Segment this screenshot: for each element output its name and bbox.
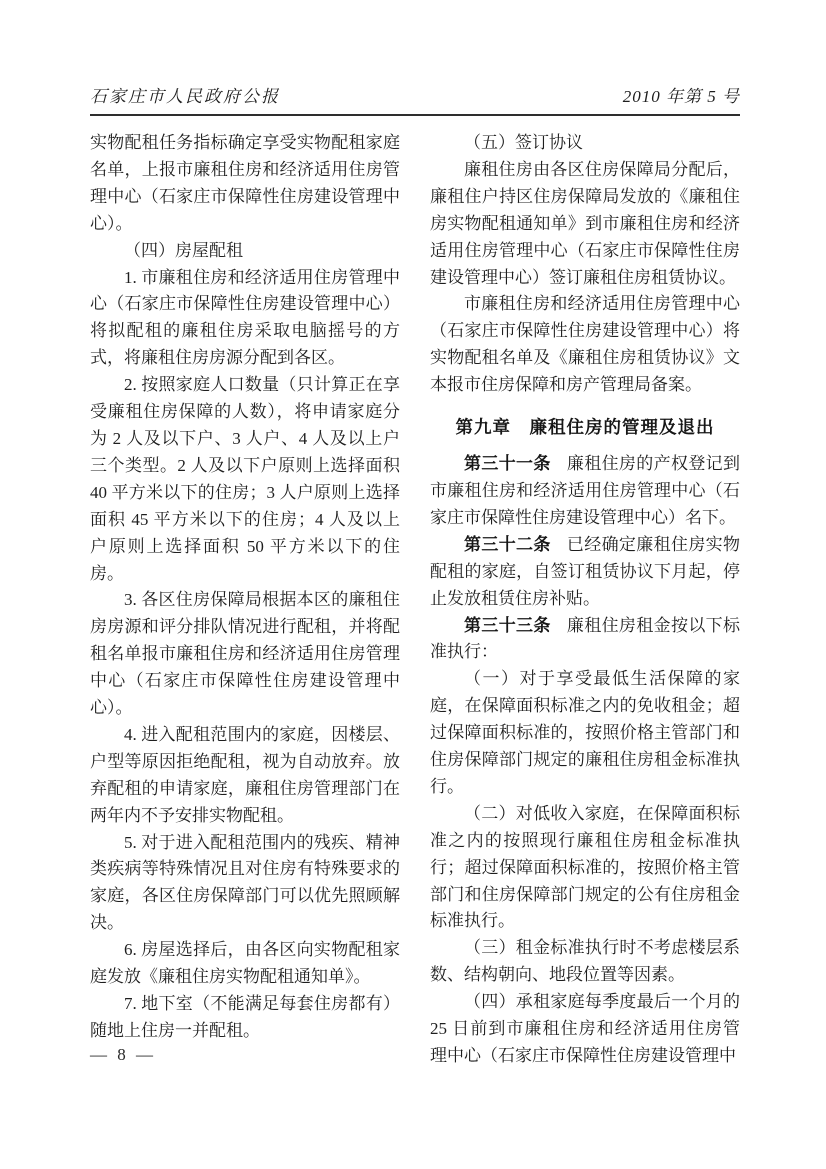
body-paragraph: 5. 对于进入配租范围内的残疾、精神类疾病等特殊情况且对住房有特殊要求的家庭，各… [90, 830, 400, 938]
body-paragraph: 6. 房屋选择后，由各区向实物配租家庭发放《廉租住房实物配租通知单》。 [90, 937, 400, 991]
article-paragraph: 第三十二条已经确定廉租住房实物配租的家庭，自签订租赁协议下月起，停止发放租赁住房… [430, 532, 740, 613]
article-paragraph: 第三十一条廉租住房的产权登记到市廉租住房和经济适用住房管理中心（石家庄市保障性住… [430, 451, 740, 532]
body-paragraph: 3. 各区住房保障局根据本区的廉租住房房源和评分排队情况进行配租，并将配租名单报… [90, 587, 400, 722]
body-paragraph: 2. 按照家庭人口数量（只计算正在享受廉租住房保障的人数），将申请家庭分为 2 … [90, 372, 400, 587]
article-number-label: 第三十一条 [464, 454, 551, 473]
body-paragraph: 4. 进入配租范围内的家庭，因楼层、户型等原因拒绝配租，视为自动放弃。放弃配租的… [90, 722, 400, 830]
article-number-label: 第三十三条 [464, 616, 551, 635]
left-column: 实物配租任务指标确定享受实物配租家庭名单，上报市廉租住房和经济适用住房管理中心（… [90, 130, 400, 1070]
body-paragraph: 廉租住房由各区住房保障局分配后，廉租住户持区住房保障局发放的《廉租住房实物配租通… [430, 157, 740, 292]
page-number: — 8 — [90, 1045, 156, 1065]
publication-title: 石家庄市人民政府公报 [90, 87, 280, 107]
chapter-heading: 第九章 廉租住房的管理及退出 [430, 414, 740, 441]
body-paragraph: 7. 地下室（不能满足每套住房都有）随地上住房一并配租。 [90, 991, 400, 1045]
article-number-label: 第三十二条 [464, 535, 551, 554]
body-paragraph: （四）房屋配租 [90, 238, 400, 265]
two-column-body: 实物配租任务指标确定享受实物配租家庭名单，上报市廉租住房和经济适用住房管理中心（… [90, 130, 740, 1070]
issue-label: 2010 年第 5 号 [623, 87, 740, 107]
body-paragraph: （五）签订协议 [430, 130, 740, 157]
body-paragraph: （三）租金标准执行时不考虑楼层系数、结构朝向、地段位置等因素。 [430, 935, 740, 989]
body-paragraph: （四）承租家庭每季度最后一个月的 25 日前到市廉租住房和经济适用住房管理中心（… [430, 989, 740, 1070]
right-column: （五）签订协议廉租住房由各区住房保障局分配后，廉租住户持区住房保障局发放的《廉租… [430, 130, 740, 1070]
body-paragraph: （一）对于享受最低生活保障的家庭，在保障面积标准之内的免收租金；超过保障面积标准… [430, 666, 740, 801]
article-paragraph: 第三十三条廉租住房租金按以下标准执行： [430, 613, 740, 667]
body-paragraph: 1. 市廉租住房和经济适用住房管理中心（石家庄市保障性住房建设管理中心）将拟配租… [90, 265, 400, 373]
body-paragraph: 市廉租住房和经济适用住房管理中心（石家庄市保障性住房建设管理中心）将实物配租名单… [430, 291, 740, 399]
gazette-page: 石家庄市人民政府公报 2010 年第 5 号 实物配租任务指标确定享受实物配租家… [0, 0, 826, 1169]
body-paragraph: （二）对低收入家庭，在保障面积标准之内的按照现行廉租住房租金标准执行；超过保障面… [430, 801, 740, 936]
body-paragraph: 实物配租任务指标确定享受实物配租家庭名单，上报市廉租住房和经济适用住房管理中心（… [90, 130, 400, 238]
running-head: 石家庄市人民政府公报 2010 年第 5 号 [90, 87, 740, 107]
header-rule [90, 114, 740, 116]
